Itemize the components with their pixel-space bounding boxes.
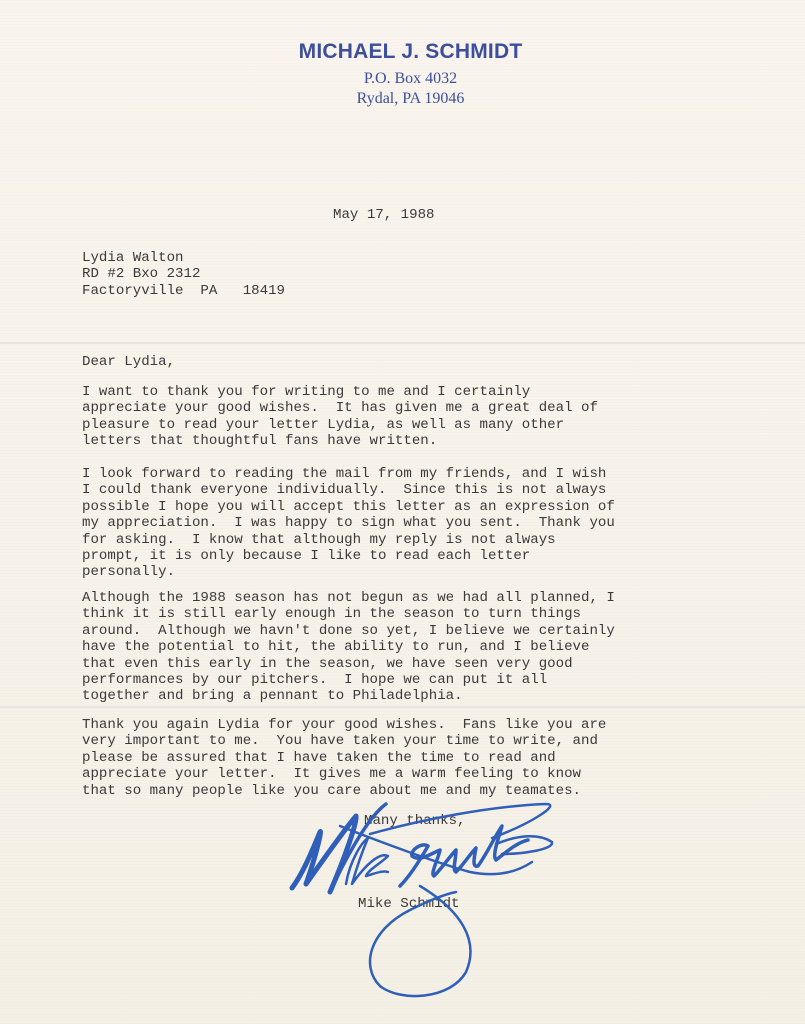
paragraph-line: think it is still early enough in the se… <box>82 606 615 622</box>
paragraph-line: for asking. I know that although my repl… <box>82 532 615 548</box>
recipient-street: RD #2 Bxo 2312 <box>82 266 285 282</box>
paragraph-line: appreciate your good wishes. It has give… <box>82 400 598 416</box>
closing: Many thanks, <box>364 813 466 829</box>
recipient-city-line: Factoryville PA 18419 <box>82 283 285 299</box>
body-paragraph: I want to thank you for writing to me an… <box>82 384 598 450</box>
paragraph-line: I want to thank you for writing to me an… <box>82 384 598 400</box>
letterhead: MICHAEL J. SCHMIDT P.O. Box 4032 Rydal, … <box>0 40 805 109</box>
paragraph-line: have the potential to hit, the ability t… <box>82 639 615 655</box>
paragraph-line: possible I hope you will accept this let… <box>82 499 615 515</box>
paragraph-line: my appreciation. I was happy to sign wha… <box>82 515 615 531</box>
paragraph-line: letters that thoughtful fans have writte… <box>82 433 598 449</box>
paragraph-line: appreciate your letter. It gives me a wa… <box>82 766 606 782</box>
fold-crease <box>0 342 805 345</box>
paragraph-line: together and bring a pennant to Philadel… <box>82 688 615 704</box>
recipient-address: Lydia WaltonRD #2 Bxo 2312Factoryville P… <box>82 250 285 299</box>
salutation: Dear Lydia, <box>82 354 175 370</box>
paragraph-line: Although the 1988 season has not begun a… <box>82 590 615 606</box>
body-paragraph: Thank you again Lydia for your good wish… <box>82 717 606 799</box>
paragraph-line: prompt, it is only because I like to rea… <box>82 548 615 564</box>
paragraph-line: performances by our pitchers. I hope we … <box>82 672 615 688</box>
typed-signature-name: Mike Schmidt <box>358 896 460 912</box>
letterhead-address-line2: Rydal, PA 19046 <box>16 89 805 109</box>
letterhead-name: MICHAEL J. SCHMIDT <box>16 40 805 64</box>
letterhead-address-line1: P.O. Box 4032 <box>16 69 805 89</box>
paragraph-line: I look forward to reading the mail from … <box>82 466 615 482</box>
paragraph-line: very important to me. You have taken you… <box>82 733 606 749</box>
paragraph-line: I could thank everyone individually. Sin… <box>82 482 615 498</box>
paragraph-line: around. Although we havn't done so yet, … <box>82 623 615 639</box>
body-paragraph: I look forward to reading the mail from … <box>82 466 615 581</box>
paragraph-line: personally. <box>82 564 615 580</box>
fold-crease <box>0 706 805 709</box>
paragraph-line: pleasure to read your letter Lydia, as w… <box>82 417 598 433</box>
paragraph-line: Thank you again Lydia for your good wish… <box>82 717 606 733</box>
recipient-name: Lydia Walton <box>82 250 285 266</box>
paragraph-line: that even this early in the season, we h… <box>82 656 615 672</box>
paragraph-line: please be assured that I have taken the … <box>82 750 606 766</box>
paragraph-line: that so many people like you care about … <box>82 783 606 799</box>
letter-date: May 17, 1988 <box>333 207 435 223</box>
body-paragraph: Although the 1988 season has not begun a… <box>82 590 615 705</box>
